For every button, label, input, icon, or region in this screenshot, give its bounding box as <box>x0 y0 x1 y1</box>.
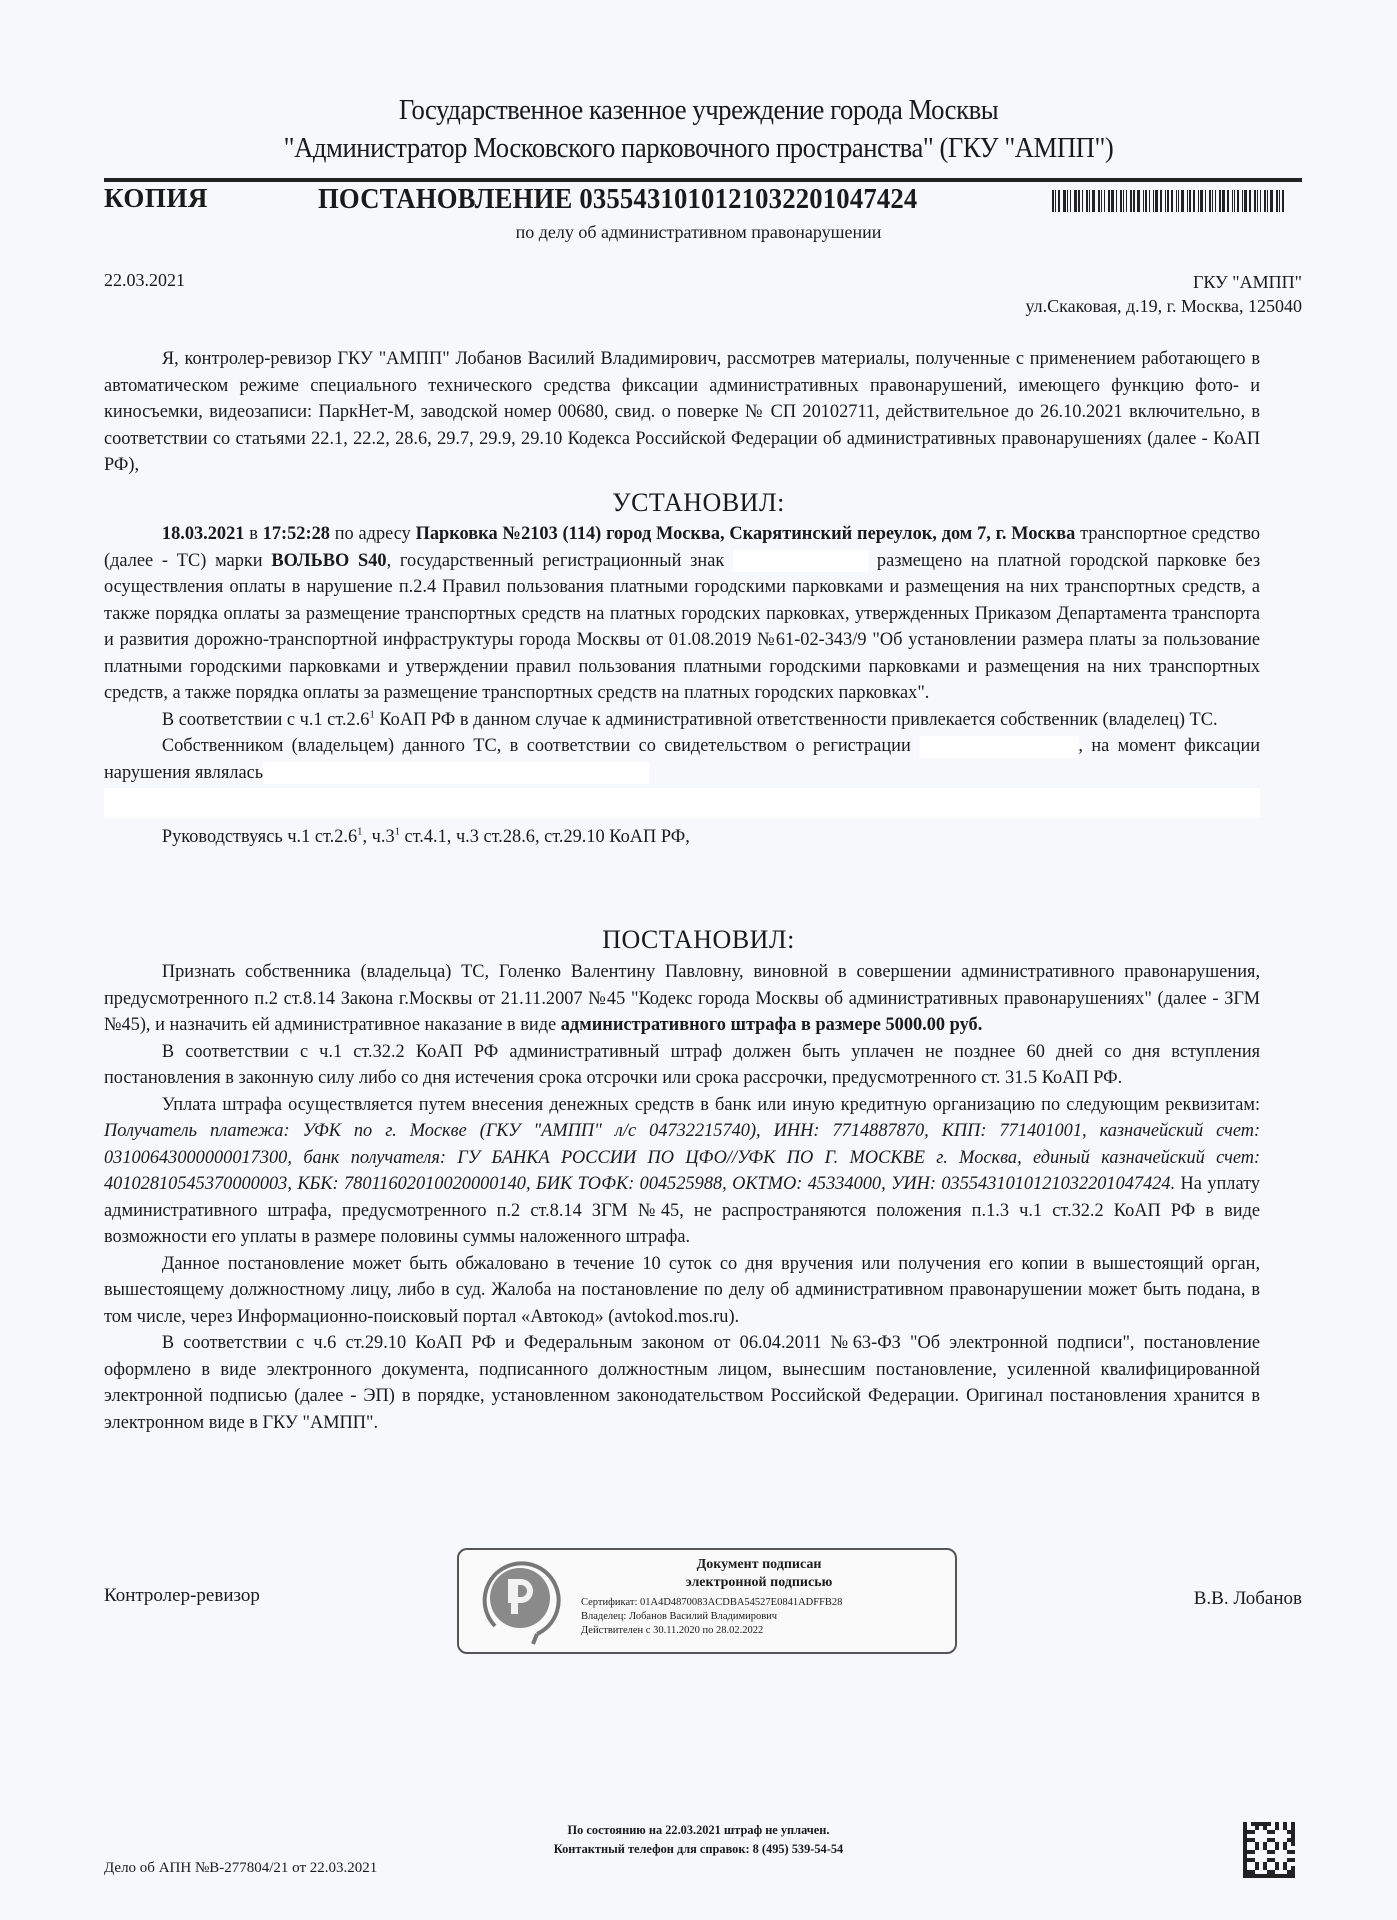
signer-name: В.В. Лобанов <box>1194 1588 1302 1610</box>
established-heading: УСТАНОВИЛ: <box>0 488 1397 518</box>
e-signature-paragraph: В соответствии с ч.6 ст.29.10 КоАП РФ и … <box>104 1330 1260 1436</box>
resolution-subtitle: по делу об административном правонарушен… <box>0 222 1397 243</box>
document-page: Государственное казенное учреждение горо… <box>0 0 1397 1920</box>
violation-address: Парковка №2103 (114) город Москва, Скаря… <box>416 523 1076 544</box>
issuer-name: ГКУ "АМПП" <box>1025 270 1302 294</box>
footer-status: По состоянию на 22.03.2021 штраф не упла… <box>35 1820 1362 1858</box>
guided-paragraph: Руководствуясь ч.1 ст.2.61, ч.31 ст.4.1,… <box>104 824 1260 851</box>
payment-details-paragraph: Уплата штрафа осуществляется путем внесе… <box>104 1092 1260 1251</box>
resolved-section: Признать собственника (владельца) ТС, Го… <box>104 959 1260 1436</box>
parking-p-icon <box>475 1556 565 1646</box>
redacted-owner-block <box>104 788 1260 818</box>
violation-date: 18.03.2021 <box>162 523 245 544</box>
redacted-owner <box>263 762 649 784</box>
header-rule <box>104 178 1302 182</box>
payment-status: По состоянию на 22.03.2021 штраф не упла… <box>35 1820 1362 1839</box>
appeal-paragraph: Данное постановление может быть обжалова… <box>104 1251 1260 1331</box>
liability-paragraph: В соответствии с ч.1 ст.2.61 КоАП РФ в д… <box>104 707 1260 734</box>
payment-deadline-paragraph: В соответствии с ч.1 ст.32.2 КоАП РФ адм… <box>104 1039 1260 1092</box>
issuer-block: ГКУ "АМПП" ул.Скаковая, д.19, г. Москва,… <box>1025 270 1302 318</box>
e-signature-stamp: Документ подписан электронной подписью С… <box>457 1548 957 1654</box>
stamp-details: Сертификат: 01A4D4870083ACDBA54527E0841A… <box>581 1596 842 1638</box>
resolution-title: ПОСТАНОВЛЕНИЕ 0355431010121032201047424 <box>318 183 917 216</box>
redacted-plate <box>733 550 868 572</box>
violation-time: 17:52:28 <box>263 523 330 544</box>
certificate-validity: Действителен с 30.11.2020 по 28.02.2022 <box>581 1624 842 1638</box>
certificate-id: Сертификат: 01A4D4870083ACDBA54527E0841A… <box>581 1596 842 1610</box>
issuer-address: ул.Скаковая, д.19, г. Москва, 125040 <box>1025 294 1302 318</box>
owner-paragraph: Собственником (владельцем) данного ТС, в… <box>104 733 1260 786</box>
redacted-registration <box>919 736 1078 758</box>
document-date: 22.03.2021 <box>104 270 185 291</box>
datamatrix-code-icon <box>1243 1822 1295 1878</box>
fine-amount: административного штрафа в размере 5000.… <box>561 1014 983 1035</box>
established-section: 18.03.2021 в 17:52:28 по адресу Парковка… <box>104 521 1260 851</box>
resolved-heading: ПОСТАНОВИЛ: <box>0 925 1397 955</box>
copy-label: КОПИЯ <box>104 183 208 214</box>
payment-requisites: Получатель платежа: УФК по г. Москве (ГК… <box>104 1120 1260 1194</box>
verdict-paragraph: Признать собственника (владельца) ТС, Го… <box>104 959 1260 1039</box>
intro-paragraph: Я, контролер-ревизор ГКУ "АМПП" Лобанов … <box>104 346 1260 479</box>
barcode-icon <box>1052 190 1302 212</box>
intro-text: Я, контролер-ревизор ГКУ "АМПП" Лобанов … <box>104 346 1260 479</box>
vehicle-model: ВОЛЬВО S40 <box>271 550 386 571</box>
org-name-line1: Государственное казенное учреждение горо… <box>56 92 1341 128</box>
case-number: Дело об АПН №В-277804/21 от 22.03.2021 <box>104 1860 377 1877</box>
violation-paragraph: 18.03.2021 в 17:52:28 по адресу Парковка… <box>104 521 1260 707</box>
certificate-owner: Владелец: Лобанов Василий Владимирович <box>581 1610 842 1624</box>
stamp-title: Документ подписан электронной подписью <box>569 1556 949 1592</box>
org-name-line2: "Администратор Московского парковочного … <box>56 130 1341 166</box>
signer-role: Контролер-ревизор <box>104 1585 260 1607</box>
contact-phone: Контактный телефон для справок: 8 (495) … <box>35 1839 1362 1858</box>
